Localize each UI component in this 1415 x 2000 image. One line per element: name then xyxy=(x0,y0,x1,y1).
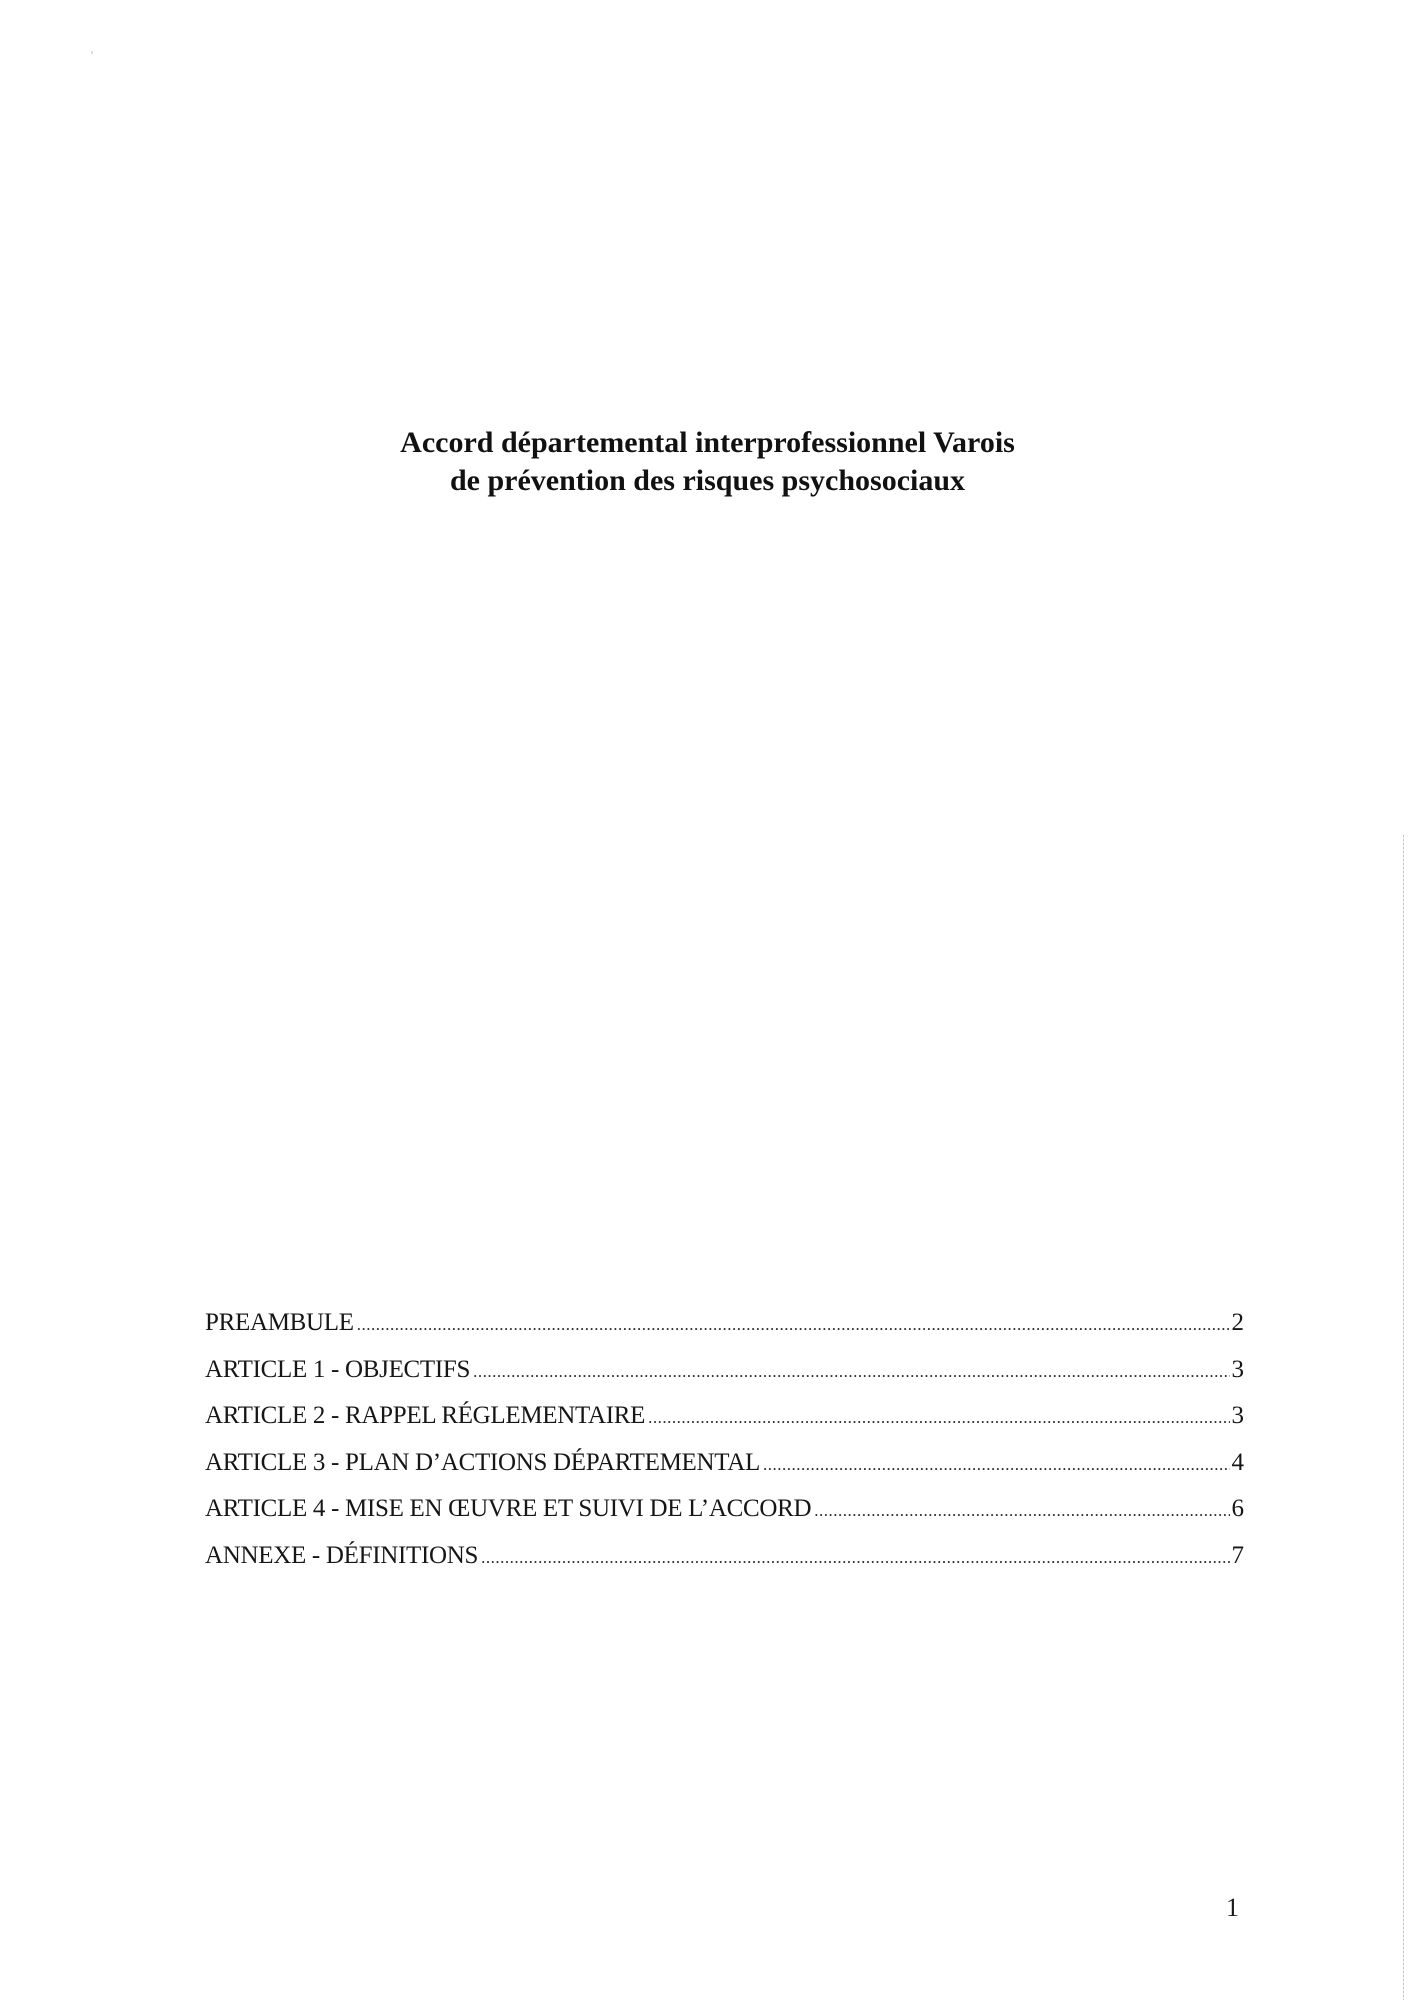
title-line-1: Accord départemental interprofessionnel … xyxy=(0,424,1415,462)
toc-entry-label: ARTICLE 1 - OBJECTIFS xyxy=(205,1347,470,1394)
toc-entry-page: 4 xyxy=(1232,1440,1245,1487)
table-of-contents: PREAMBULE 2 ARTICLE 1 - OBJECTIFS 3 ARTI… xyxy=(205,1300,1244,1579)
toc-entry-article-3[interactable]: ARTICLE 3 - PLAN D’ACTIONS DÉPARTEMENTAL… xyxy=(205,1440,1244,1487)
toc-entry-label: ANNEXE - DÉFINITIONS xyxy=(205,1533,478,1580)
toc-entry-page: 7 xyxy=(1232,1533,1245,1580)
toc-entry-page: 2 xyxy=(1232,1300,1245,1347)
title-line-2: de prévention des risques psychosociaux xyxy=(0,462,1415,500)
toc-entry-article-2[interactable]: ARTICLE 2 - RAPPEL RÉGLEMENTAIRE 3 xyxy=(205,1393,1244,1440)
toc-dot-leader xyxy=(814,1488,1229,1535)
document-title: Accord départemental interprofessionnel … xyxy=(0,424,1415,500)
toc-dot-leader xyxy=(357,1302,1230,1349)
toc-entry-page: 6 xyxy=(1232,1486,1245,1533)
scan-artifact xyxy=(91,51,93,54)
toc-entry-preambule[interactable]: PREAMBULE 2 xyxy=(205,1300,1244,1347)
page-number: 1 xyxy=(1226,1893,1239,1923)
toc-entry-label: ARTICLE 4 - MISE EN ŒUVRE ET SUIVI DE L’… xyxy=(205,1486,811,1533)
toc-entry-annexe[interactable]: ANNEXE - DÉFINITIONS 7 xyxy=(205,1533,1244,1580)
toc-dot-leader xyxy=(763,1442,1230,1489)
toc-entry-label: ARTICLE 2 - RAPPEL RÉGLEMENTAIRE xyxy=(205,1393,645,1440)
toc-entry-article-4[interactable]: ARTICLE 4 - MISE EN ŒUVRE ET SUIVI DE L’… xyxy=(205,1486,1244,1533)
document-page: Accord départemental interprofessionnel … xyxy=(0,0,1415,2000)
toc-dot-leader xyxy=(473,1349,1229,1396)
toc-entry-article-1[interactable]: ARTICLE 1 - OBJECTIFS 3 xyxy=(205,1347,1244,1394)
scan-edge-line xyxy=(1403,835,1404,2000)
toc-dot-leader xyxy=(648,1395,1229,1442)
toc-entry-page: 3 xyxy=(1232,1393,1245,1440)
toc-entry-label: PREAMBULE xyxy=(205,1300,354,1347)
toc-entry-page: 3 xyxy=(1232,1347,1245,1394)
toc-dot-leader xyxy=(481,1535,1229,1582)
toc-entry-label: ARTICLE 3 - PLAN D’ACTIONS DÉPARTEMENTAL xyxy=(205,1440,760,1487)
